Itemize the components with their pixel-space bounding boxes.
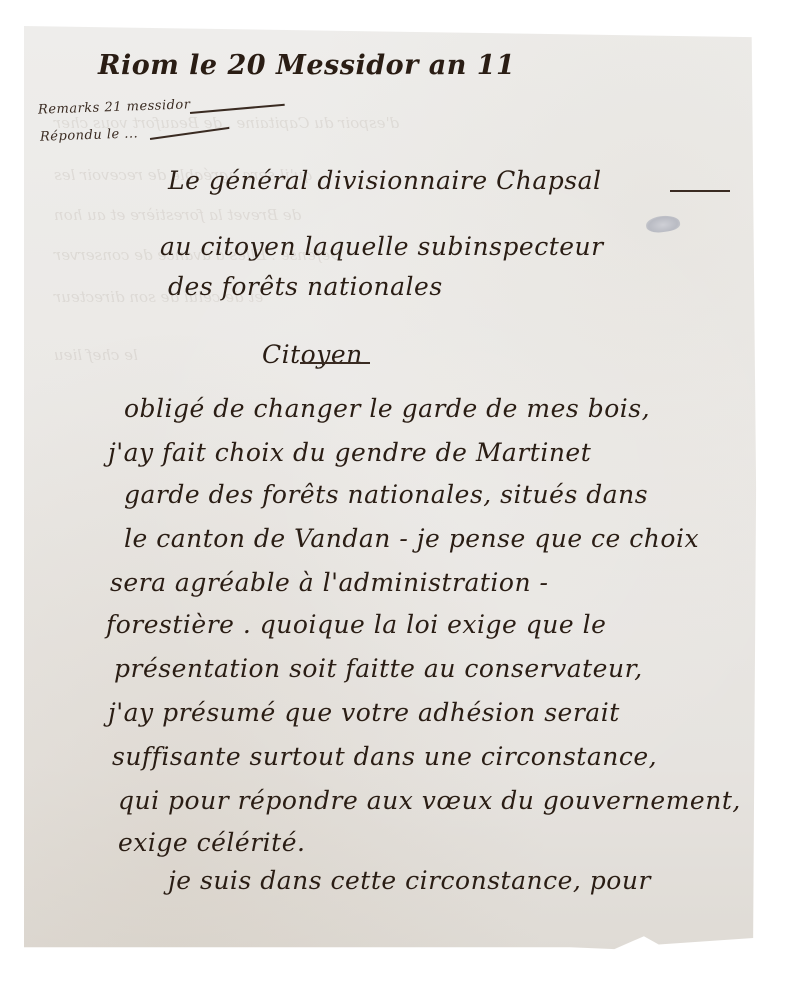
body-line-12: je suis dans cette circonstance, pour <box>168 866 651 895</box>
body-line-6: forestière . quoique la loi exige que le <box>106 610 606 639</box>
date-line: Riom le 20 Messidor an 11 <box>98 50 515 81</box>
body-line-7: présentation soit faitte au conservateur… <box>114 654 643 683</box>
body-line-8: j'ay présumé que votre adhésion serait <box>108 698 620 727</box>
body-line-9: suffisante surtout dans une circonstance… <box>112 742 657 771</box>
heading-line-1: Le général divisionnaire Chapsal <box>168 166 602 195</box>
body-line-3: garde des forêts nationales, situés dans <box>124 480 648 509</box>
salutation: Citoyen <box>262 340 363 369</box>
body-line-5: sera agréable à l'administration - <box>110 568 548 597</box>
heading-line-3: des forêts nationales <box>168 272 443 301</box>
body-line-11: exige célérité. <box>118 828 305 857</box>
heading-underline <box>670 190 730 192</box>
salutation-underline <box>300 362 370 364</box>
body-line-4: le canton de Vandan - je pense que ce ch… <box>124 524 699 553</box>
heading-line-2: au citoyen laquelle subinspecteur <box>160 232 604 261</box>
body-line-1: obligé de changer le garde de mes bois, <box>124 394 650 423</box>
body-line-2: j'ay fait choix du gendre de Martinet <box>108 438 591 467</box>
body-line-10: qui pour répondre aux vœux du gouverneme… <box>118 786 741 815</box>
